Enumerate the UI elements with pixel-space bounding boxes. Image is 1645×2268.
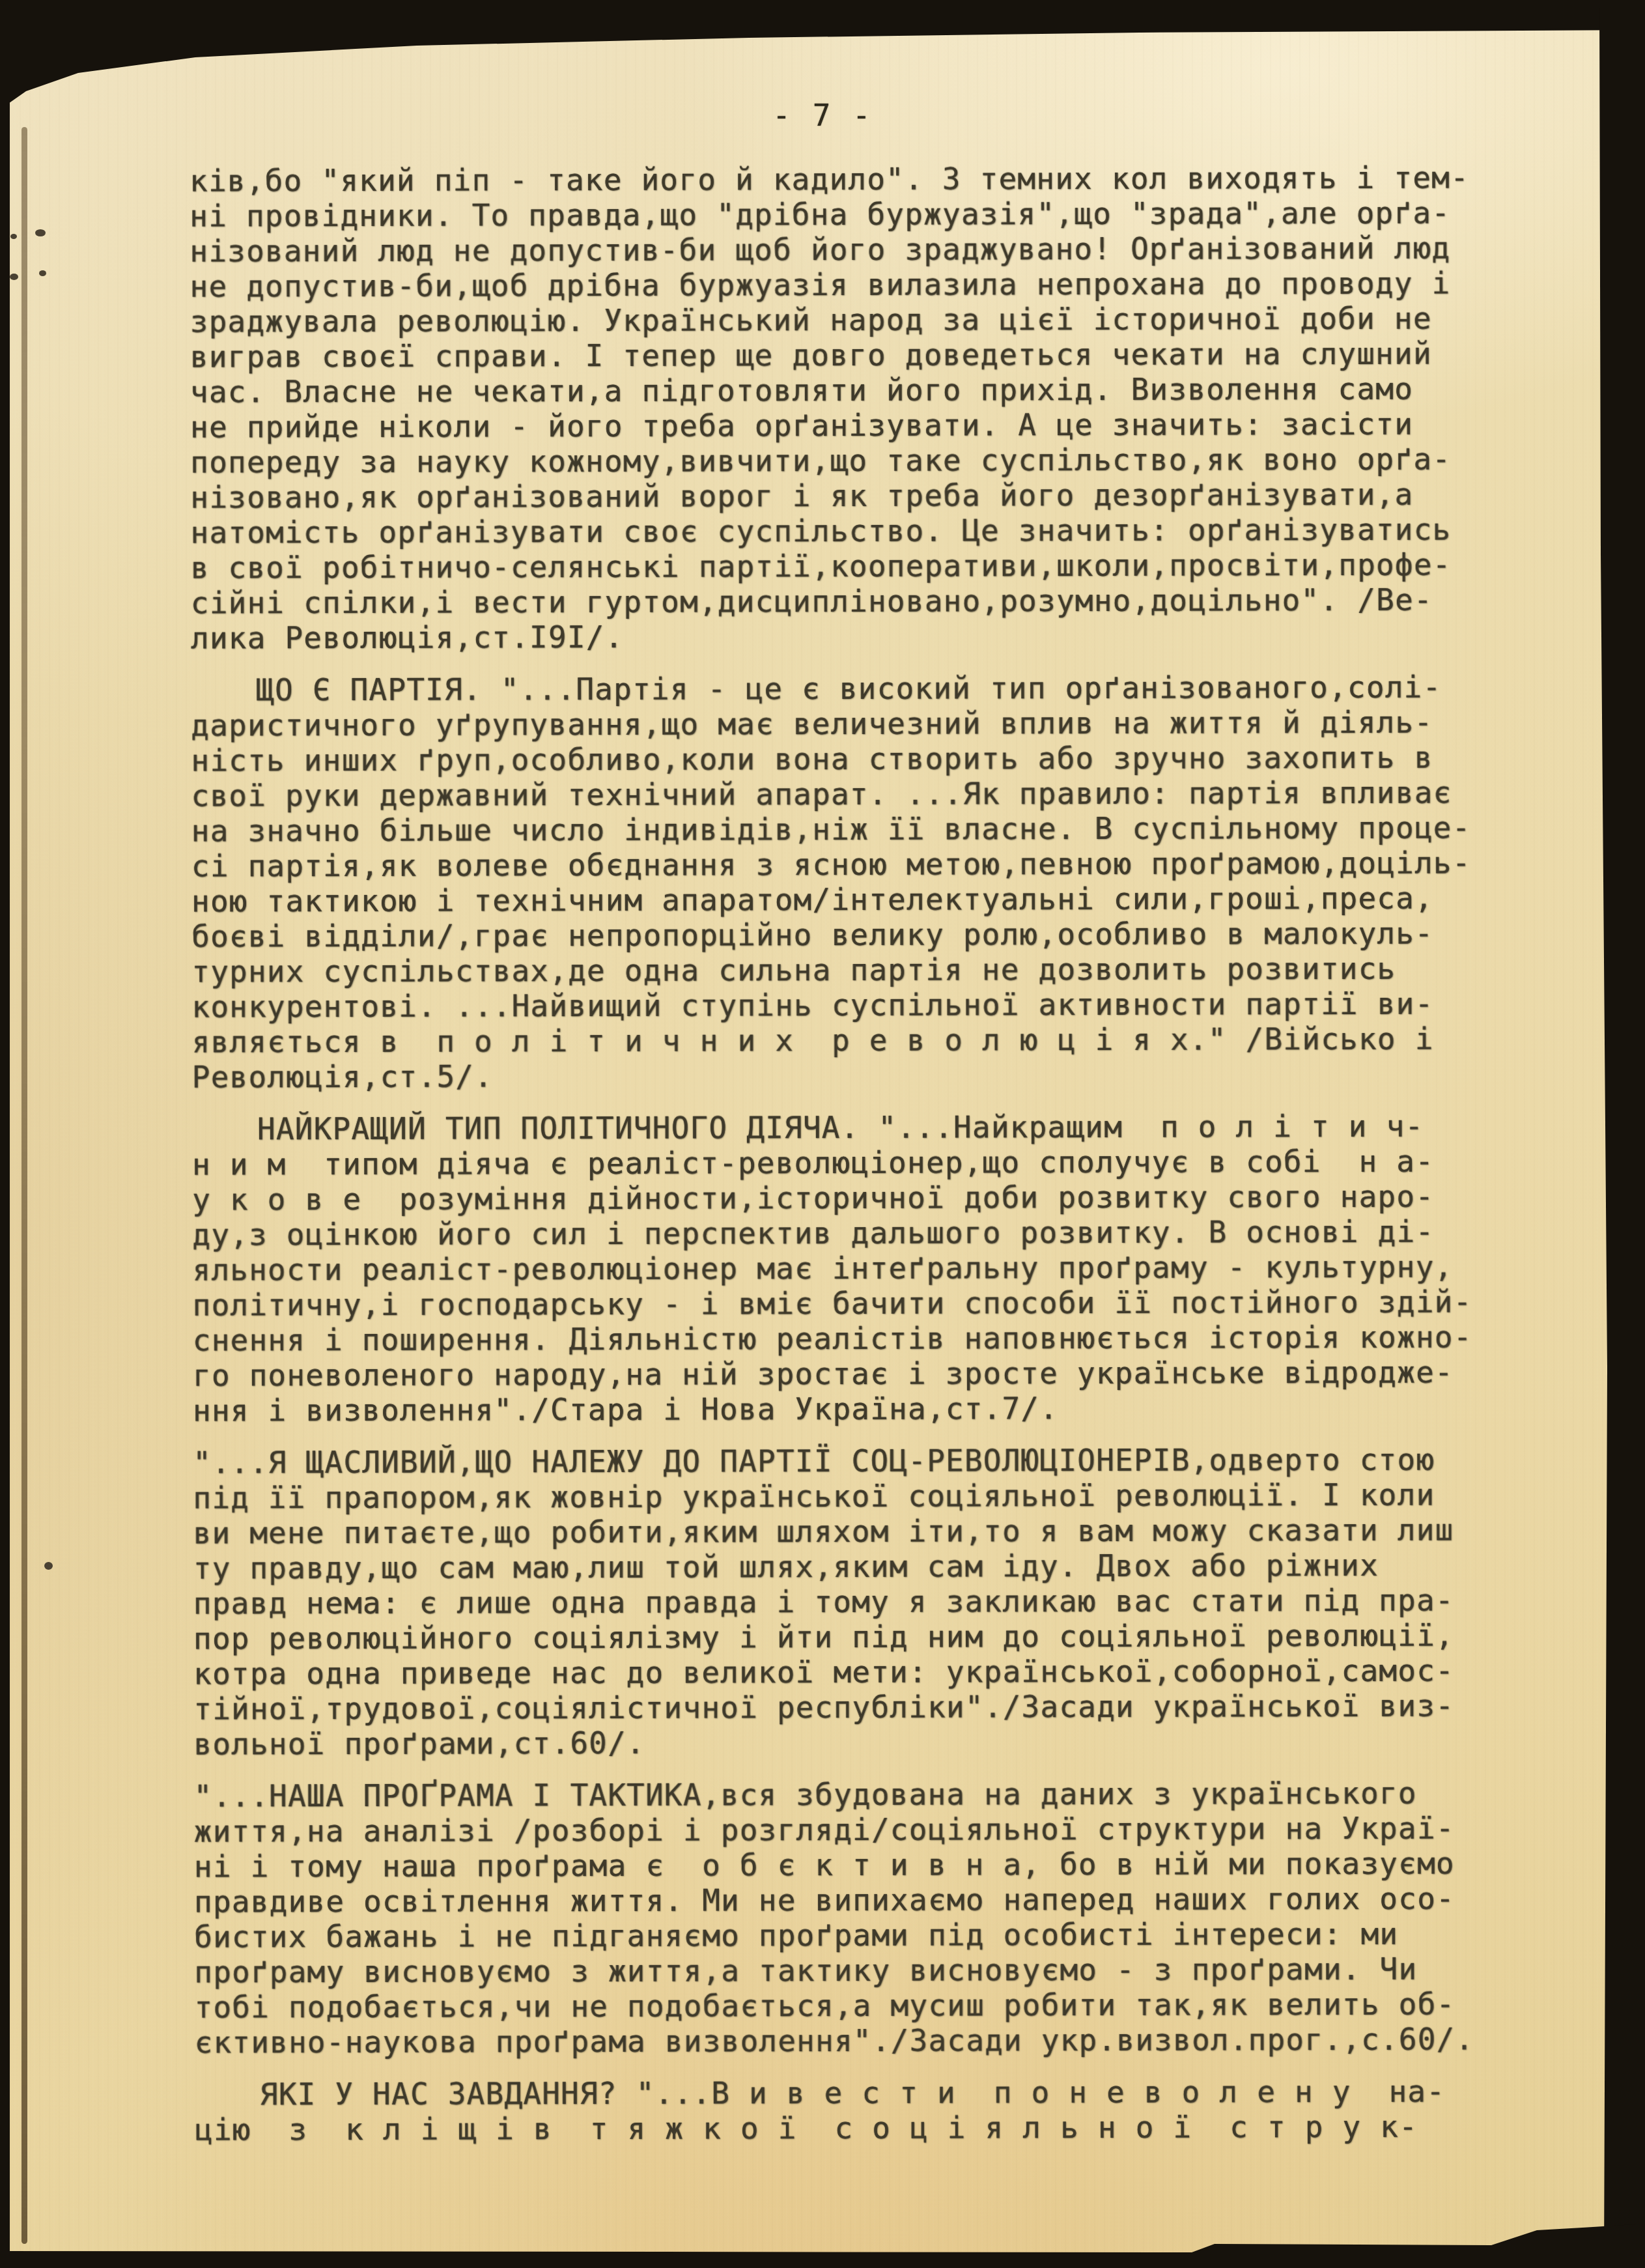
text-line: правд нема: є лише одна правда і тому я … xyxy=(193,1582,1535,1621)
text-line: зраджувала революцію. Український народ … xyxy=(190,300,1532,339)
text-line: ні провідники. То правда,що "дрібна бурж… xyxy=(190,195,1531,233)
text-line: нізований люд не допустив-би щоб його зр… xyxy=(190,230,1531,268)
text-line: проґраму висновуємо з життя,а тактику ви… xyxy=(194,1951,1536,1989)
ink-speck xyxy=(44,1562,53,1570)
paragraph-1: ків,бо "який піп - таке його й кадило". … xyxy=(190,160,1532,655)
ink-speck xyxy=(10,234,17,239)
text-line: ту правду,що сам маю,лиш той шлях,яким с… xyxy=(193,1547,1535,1585)
text-line: попереду за науку кожному,вивчити,що так… xyxy=(190,441,1532,479)
text-line: правдиве освітлення життя. Ми не випихає… xyxy=(194,1880,1536,1919)
text-line: боєві відділи/,грає непропорційно велику… xyxy=(191,915,1533,954)
typewritten-text-block: ків,бо "який піп - таке його й кадило". … xyxy=(190,160,1536,2147)
text-line: ЯКІ У НАС ЗАВДАННЯ? "...В и в е с т и п … xyxy=(195,2073,1536,2112)
text-line: не прийде ніколи - його треба орґанізува… xyxy=(190,406,1532,444)
scanned-document-page: - 7 - ків,бо "який піп - таке його й кад… xyxy=(0,0,1645,2268)
text-line: свої руки державний технічний апарат. ..… xyxy=(191,774,1532,813)
text-line: не допустив-би,щоб дрібна буржуазія вила… xyxy=(190,265,1531,304)
text-line: у к о в е розуміння дійности,історичної … xyxy=(192,1178,1534,1217)
text-line: НАЙКРАЩИЙ ТИП ПОЛІТИЧНОГО ДІЯЧА. "...Най… xyxy=(192,1108,1534,1146)
text-line: яльности реаліст-революціонер має інтеґр… xyxy=(192,1249,1534,1287)
page-number: - 7 - xyxy=(0,98,1645,133)
text-line: снення і поширення. Діяльністю реалістів… xyxy=(193,1319,1534,1357)
text-line: ду,з оцінкою його сил і перспектив дальш… xyxy=(192,1213,1534,1252)
paragraph-5: "...НАША ПРОҐРАМА І ТАКТИКА,вся збудован… xyxy=(194,1775,1536,2060)
text-line: вольної проґрами,ст.60/. xyxy=(193,1723,1535,1761)
text-line: н и м типом діяча є реаліст-революціонер… xyxy=(192,1143,1534,1182)
text-line: нізовано,як орґанізований ворог і як тре… xyxy=(190,476,1532,515)
ink-speck xyxy=(39,270,46,276)
text-line: лика Революція,ст.І9І/. xyxy=(191,617,1532,655)
binding-crease xyxy=(21,127,27,2244)
text-line: політичну,і господарську - і вміє бачити… xyxy=(193,1284,1534,1322)
text-line: пор революційного соціялізму і йти під н… xyxy=(193,1617,1535,1656)
text-line: го поневоленого народу,на ній зростає і … xyxy=(193,1354,1534,1393)
text-line: життя,на аналізі /розборі і розгляді/соц… xyxy=(194,1810,1536,1849)
text-line: турних суспільствах,де одна сильна парті… xyxy=(191,950,1533,989)
text-line: "...Я ЩАСЛИВИЙ,ЩО НАЛЕЖУ ДО ПАРТІЇ СОЦ-Р… xyxy=(193,1441,1534,1480)
text-line: сійні спілки,і вести гуртом,дисциплінова… xyxy=(191,582,1532,620)
text-line: ви мене питаєте,що робити,яким шляхом іт… xyxy=(193,1512,1534,1550)
text-line: ні і тому наша проґрама є о б є к т и в … xyxy=(194,1845,1536,1884)
text-line: натомість орґанізувати своє суспільство.… xyxy=(190,511,1532,550)
text-line: ння і визволення"./Стара і Нова Україна,… xyxy=(193,1389,1534,1428)
text-line: Революція,ст.5/. xyxy=(192,1056,1534,1094)
text-line: ність инших ґруп,особливо,коли вона ство… xyxy=(191,739,1532,778)
scan-border-left xyxy=(0,94,10,2268)
text-line: тійної,трудової,соціялістичної республік… xyxy=(193,1688,1535,1726)
ink-speck xyxy=(10,274,18,280)
text-line: являється в п о л і т и ч н и х р е в о … xyxy=(191,1021,1533,1059)
text-line: тобі подобається,чи не подобається,а мус… xyxy=(194,1986,1536,2024)
text-line: бистих бажань і не підганяємо проґрами п… xyxy=(194,1916,1536,1954)
paragraph-2: ЩО Є ПАРТІЯ. "...Партія - це є високий т… xyxy=(191,669,1534,1094)
text-line: час. Власне не чекати,а підготовляти йог… xyxy=(190,371,1532,409)
text-line: конкурентові. ...Найвищий ступінь суспіл… xyxy=(191,985,1533,1024)
paragraph-4: "...Я ЩАСЛИВИЙ,ЩО НАЛЕЖУ ДО ПАРТІЇ СОЦ-Р… xyxy=(193,1441,1535,1761)
text-line: в свої робітничо-селянські партії,коопер… xyxy=(191,546,1532,585)
text-line: єктивно-наукова проґрама визволення"./За… xyxy=(194,2021,1536,2060)
ink-speck xyxy=(35,229,46,236)
text-line: "...НАША ПРОҐРАМА І ТАКТИКА,вся збудован… xyxy=(194,1775,1536,1813)
text-line: котра одна приведе нас до великої мети: … xyxy=(193,1652,1535,1691)
text-line: під її прапором,як жовнір української со… xyxy=(193,1477,1534,1515)
text-line: ною тактикою і технічним апаратом/інтеле… xyxy=(191,880,1533,918)
text-line: сі партія,як волеве обєднання з ясною ме… xyxy=(191,845,1533,883)
paragraph-3: НАЙКРАЩИЙ ТИП ПОЛІТИЧНОГО ДІЯЧА. "...Най… xyxy=(192,1108,1534,1428)
text-line: ЩО Є ПАРТІЯ. "...Партія - це є високий т… xyxy=(191,669,1532,707)
text-line: ків,бо "який піп - таке його й кадило". … xyxy=(190,160,1531,198)
text-line: виграв своєї справи. І тепер ще довго до… xyxy=(190,335,1532,374)
text-line: на значно більше число індивідів,ніж її … xyxy=(191,810,1533,848)
paragraph-6: ЯКІ У НАС ЗАВДАННЯ? "...В и в е с т и п … xyxy=(195,2073,1536,2147)
text-line: даристичного уґрупування,що має величезн… xyxy=(191,704,1532,743)
text-line: цію з к л і щ і в т я ж к о ї с о ц і я … xyxy=(195,2108,1536,2147)
